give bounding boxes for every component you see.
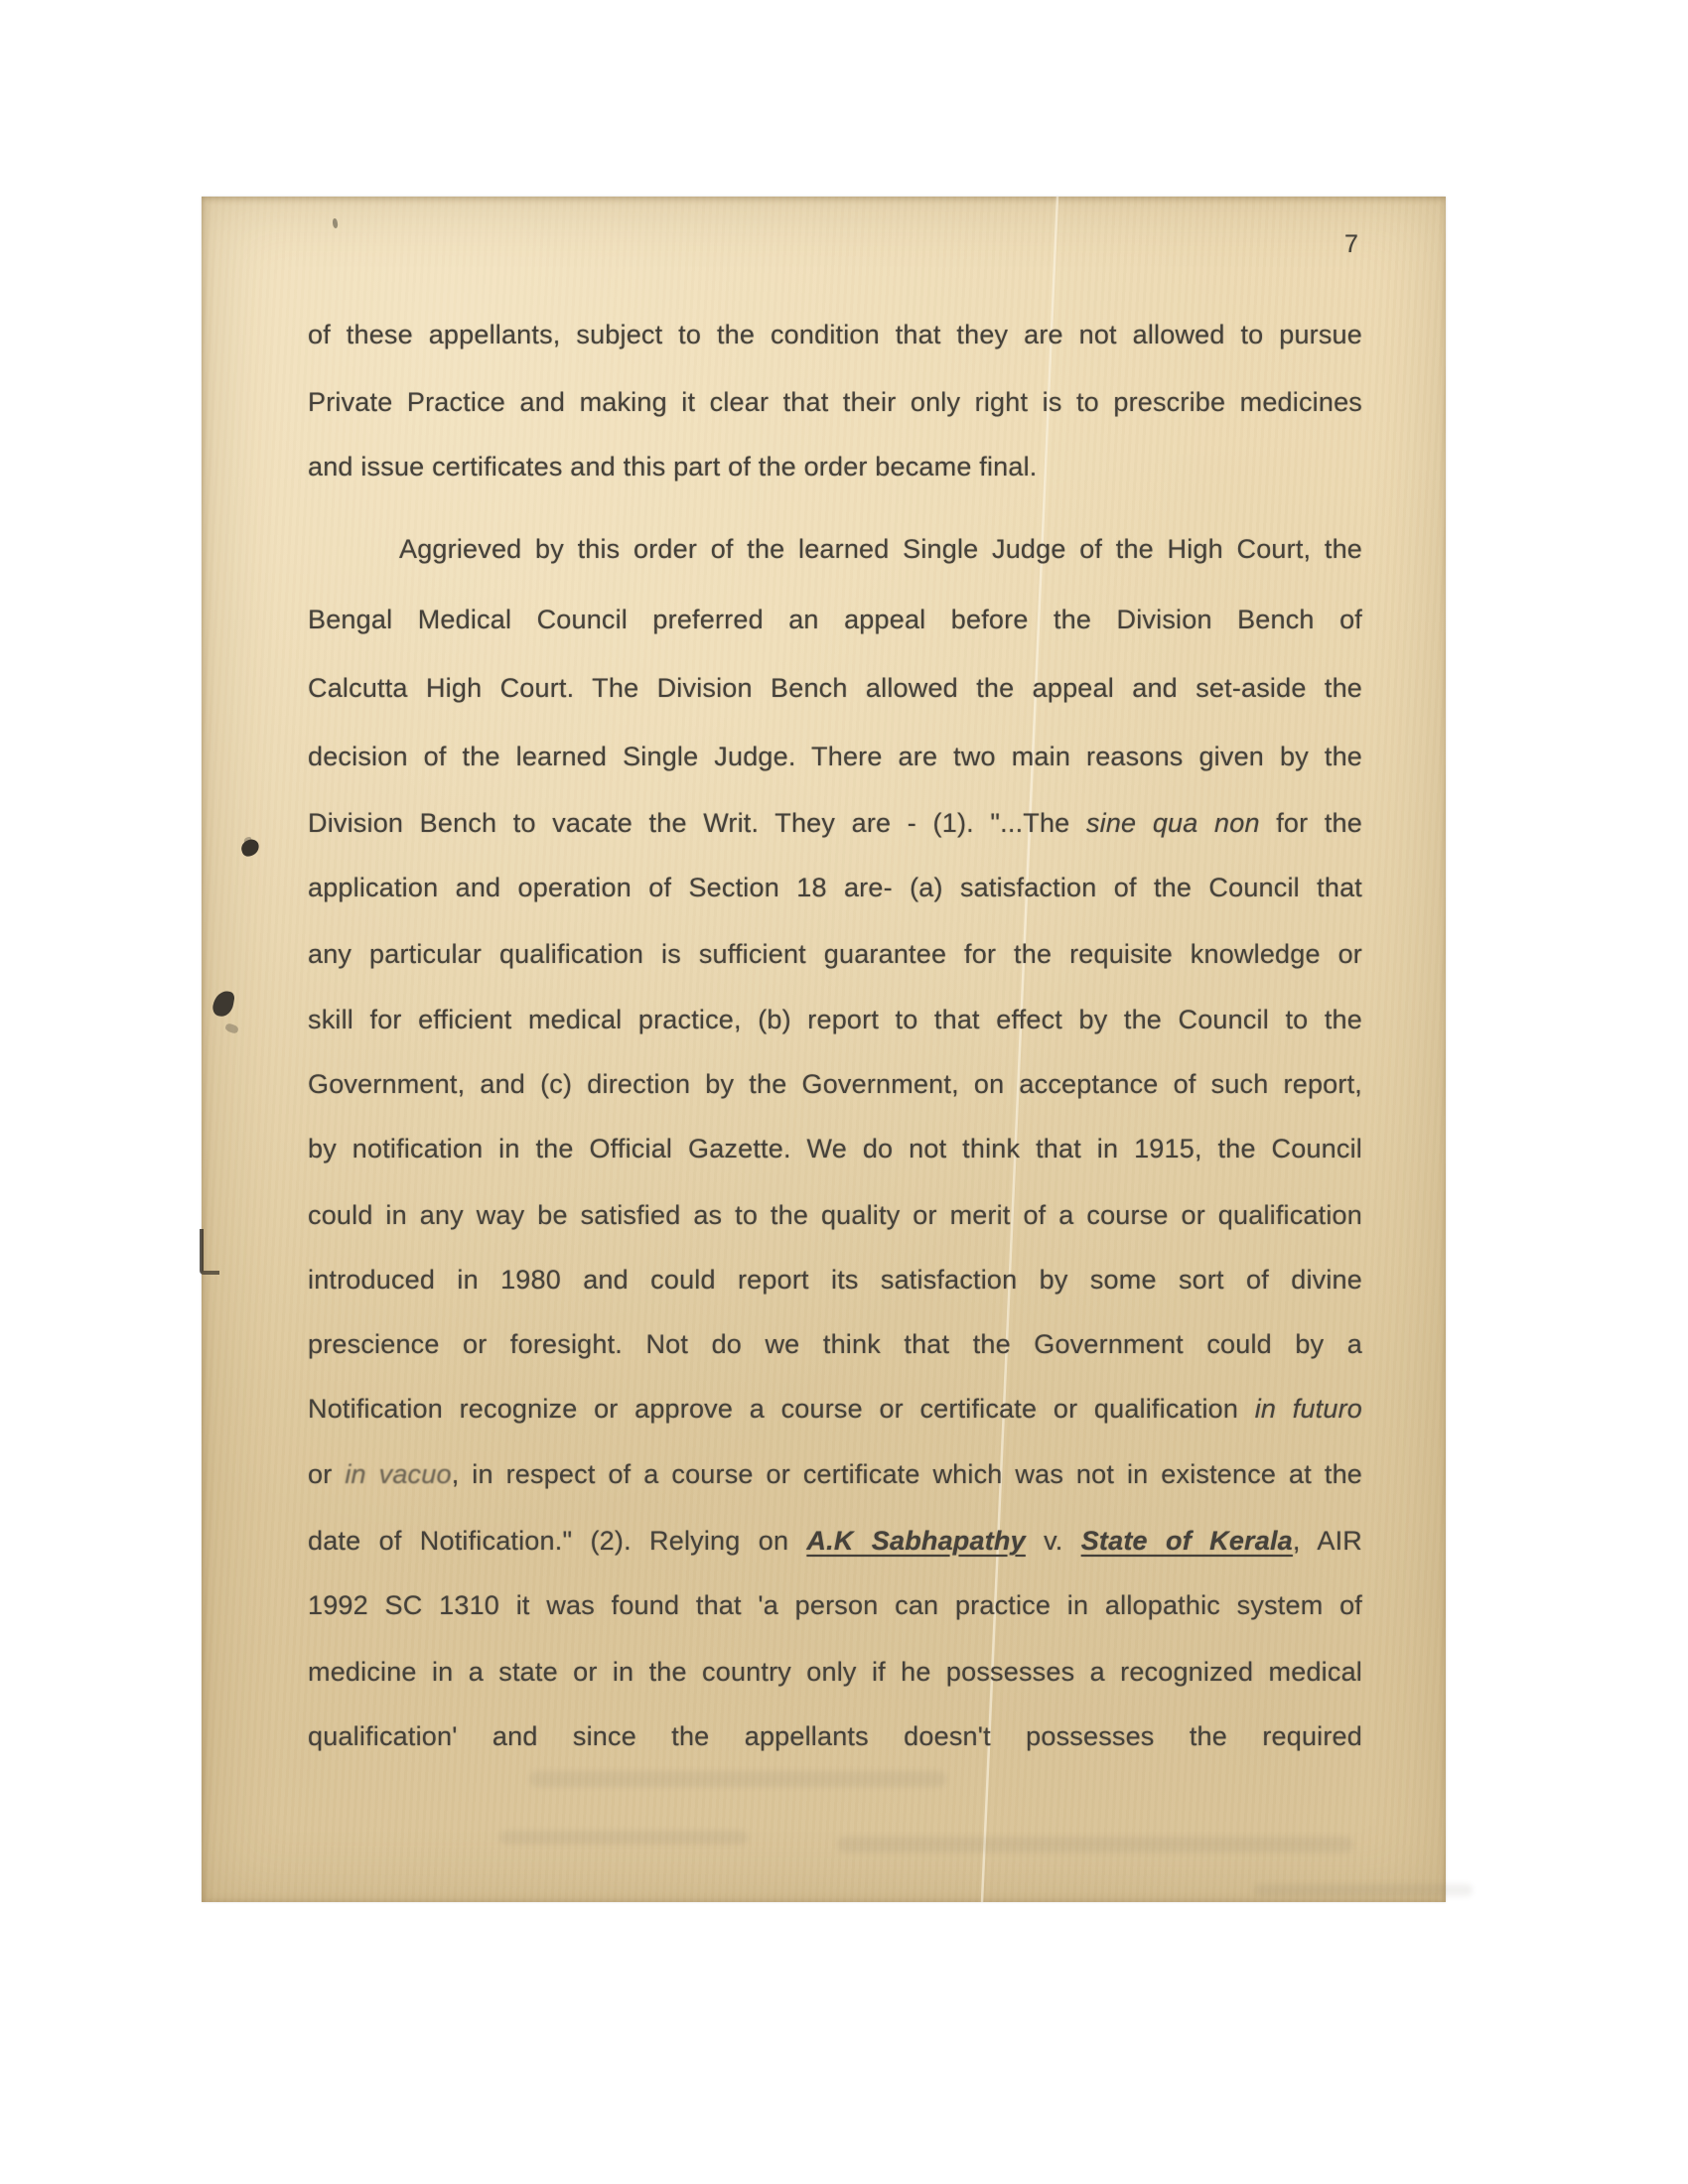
text-line: introduced in 1980 and could report its …: [308, 1263, 1362, 1297]
text-segment: Government, and (c) direction by the Gov…: [308, 1069, 1362, 1099]
paper-sheet: 7 of these appellants, subject to the co…: [202, 197, 1446, 1902]
text-line: medicine in a state or in the country on…: [308, 1655, 1362, 1689]
text-line: application and operation of Section 18 …: [308, 871, 1362, 904]
text-segment: medicine in a state or in the country on…: [308, 1657, 1362, 1687]
text-segment: , AIR: [1293, 1526, 1362, 1556]
edge-bracket-ink-mark: [200, 1229, 219, 1275]
text-segment: or: [308, 1459, 345, 1489]
text-segment: Calcutta High Court. The Division Bench …: [308, 673, 1362, 703]
text-line: Bengal Medical Council preferred an appe…: [308, 603, 1362, 636]
text-line: 1992 SC 1310 it was found that 'a person…: [308, 1588, 1362, 1622]
text-segment: sine qua non: [1086, 808, 1260, 838]
case-citation: A.K Sabhapathy: [806, 1526, 1025, 1556]
text-line: Calcutta High Court. The Division Bench …: [308, 671, 1362, 705]
text-segment: Private Practice and making it clear tha…: [308, 387, 1362, 417]
case-citation: State of Kerala: [1081, 1526, 1293, 1556]
bleedthrough-smudge: [837, 1837, 1353, 1852]
text-segment: of these appellants, subject to the cond…: [308, 320, 1362, 349]
text-line: decision of the learned Single Judge. Th…: [308, 740, 1362, 773]
text-segment: could in any way be satisfied as to the …: [308, 1200, 1362, 1230]
text-segment: , in respect of a course or certificate …: [452, 1459, 1362, 1489]
text-line: qualification' and since the appellants …: [308, 1719, 1362, 1753]
text-segment: introduced in 1980 and could report its …: [308, 1265, 1362, 1295]
text-segment: Notification recognize or approve a cour…: [308, 1394, 1255, 1424]
text-segment: application and operation of Section 18 …: [308, 873, 1362, 902]
text-line: any particular qualification is sufficie…: [308, 937, 1362, 971]
document-text: of these appellants, subject to the cond…: [202, 197, 1446, 1902]
text-line: and issue certificates and this part of …: [308, 450, 1362, 483]
bleedthrough-smudge: [529, 1771, 946, 1787]
text-segment: prescience or foresight. Not do we think…: [308, 1329, 1362, 1359]
text-line: Notification recognize or approve a cour…: [308, 1392, 1362, 1426]
text-segment: any particular qualification is sufficie…: [308, 939, 1362, 969]
text-line: prescience or foresight. Not do we think…: [308, 1327, 1362, 1361]
text-segment: for the: [1260, 808, 1362, 838]
text-segment: Aggrieved by this order of the learned S…: [399, 534, 1362, 564]
text-line: skill for efficient medical practice, (b…: [308, 1003, 1362, 1036]
text-segment: Division Bench to vacate the Writ. They …: [308, 808, 1086, 838]
text-segment: in futuro: [1255, 1394, 1362, 1424]
text-line: Government, and (c) direction by the Gov…: [308, 1067, 1362, 1101]
bleedthrough-smudge: [499, 1831, 748, 1844]
text-segment: qualification' and since the appellants …: [308, 1721, 1362, 1751]
scanned-page-screenshot: { "document": { "type": "scanned court j…: [0, 0, 1688, 2184]
text-segment: date of Notification." (2). Relying on: [308, 1526, 806, 1556]
text-line: could in any way be satisfied as to the …: [308, 1198, 1362, 1232]
text-segment: Bengal Medical Council preferred an appe…: [308, 605, 1362, 634]
text-line: Aggrieved by this order of the learned S…: [308, 532, 1362, 566]
text-segment: v.: [1026, 1526, 1081, 1556]
text-segment: and issue certificates and this part of …: [308, 452, 1038, 481]
text-line: date of Notification." (2). Relying on A…: [308, 1524, 1362, 1558]
text-segment: in vacuo: [345, 1459, 451, 1489]
text-line: Division Bench to vacate the Writ. They …: [308, 806, 1362, 840]
text-line: of these appellants, subject to the cond…: [308, 318, 1362, 351]
text-line: by notification in the Official Gazette.…: [308, 1132, 1362, 1165]
text-segment: 1992 SC 1310 it was found that 'a person…: [308, 1590, 1362, 1620]
text-segment: decision of the learned Single Judge. Th…: [308, 742, 1362, 771]
text-segment: by notification in the Official Gazette.…: [308, 1134, 1362, 1163]
text-segment: skill for efficient medical practice, (b…: [308, 1005, 1362, 1034]
text-line: or in vacuo, in respect of a course or c…: [308, 1457, 1362, 1491]
bleedthrough-smudge: [1254, 1884, 1473, 1896]
text-line: Private Practice and making it clear tha…: [308, 385, 1362, 419]
